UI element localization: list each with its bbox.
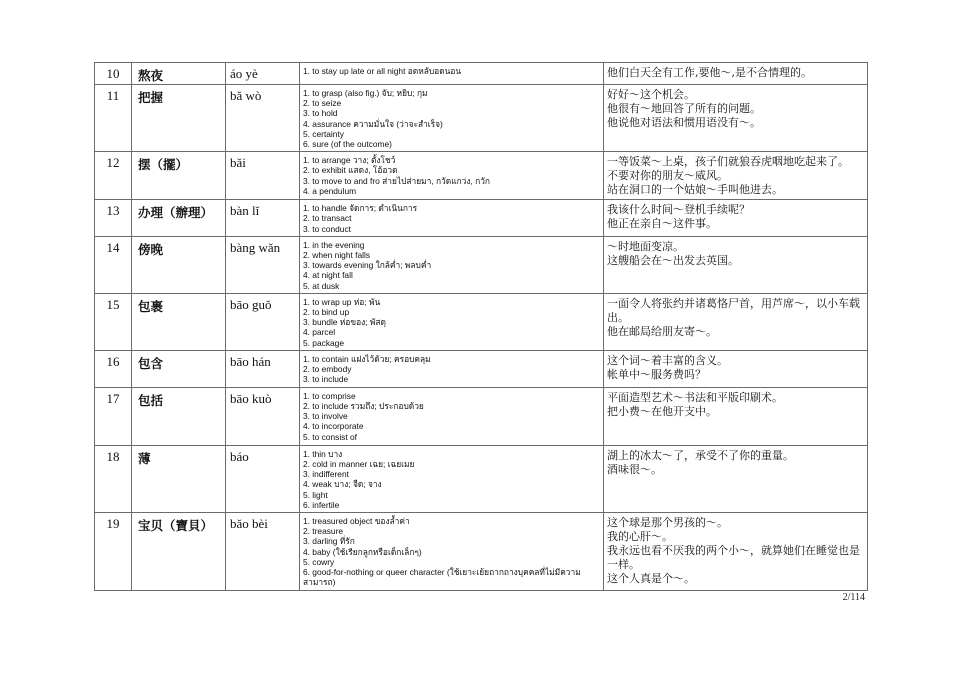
entry-examples: 这个球是那个男孩的～。我的心肝～。我永远也看不厌我的两个小～，就算她们在睡觉也是… — [604, 513, 868, 590]
entry-definitions: 1. to handle จัดการ; ดำเนินการ2. to tran… — [300, 200, 604, 237]
definition-line: 2. treasure — [303, 526, 599, 536]
definition-line: 4. to incorporate — [303, 421, 599, 431]
definition-line: 5. light — [303, 490, 599, 500]
entry-pinyin: bǎi — [226, 152, 300, 200]
entry-examples: 好好～这个机会。他很有～地回答了所有的问题。他说他对语法和惯用语没有～。 — [604, 85, 868, 152]
document-page: 10 熬夜 áo yè 1. to stay up late or all ni… — [0, 0, 960, 679]
entry-number: 18 — [95, 445, 132, 512]
definition-line: 3. to involve — [303, 411, 599, 421]
definition-line: 2. to bind up — [303, 307, 599, 317]
entry-word: 摆（擺） — [132, 152, 226, 200]
page-number: 2/114 — [843, 592, 865, 603]
example-sentence: 一等饭菜～上桌，孩子们就狼吞虎咽地吃起来了。 — [607, 155, 863, 169]
entry-word: 傍晚 — [132, 236, 226, 293]
definition-line: 3. to hold — [303, 108, 599, 118]
entry-definitions: 1. to wrap up ห่อ; พัน2. to bind up3. bu… — [300, 293, 604, 350]
definition-line: 1. to stay up late or all night อดหลับอด… — [303, 66, 599, 76]
example-sentence: 把小费～在他开支中。 — [607, 405, 863, 419]
example-sentence: 好好～这个机会。 — [607, 88, 863, 102]
entry-definitions: 1. to arrange วาง; ตั้งโชว์2. to exhibit… — [300, 152, 604, 200]
example-sentence: 湖上的冰太～了，承受不了你的重量。 — [607, 449, 863, 463]
entry-definitions: 1. to grasp (also fig.) จับ; หยิบ; กุม2.… — [300, 85, 604, 152]
entry-number: 16 — [95, 350, 132, 387]
entry-number: 17 — [95, 387, 132, 445]
entry-word: 把握 — [132, 85, 226, 152]
definition-line: 5. to consist of — [303, 432, 599, 442]
entry-examples: 这个词～着丰富的含义。帐单中～服务费吗？ — [604, 350, 868, 387]
definition-line: 3. to move to and fro ส่ายไปส่ายมา, กวัด… — [303, 176, 599, 186]
table-row: 13 办理（辦理） bàn lǐ 1. to handle จัดการ; ดำ… — [95, 200, 868, 237]
entry-number: 12 — [95, 152, 132, 200]
example-sentence: 站在洞口的一个姑娘～手叫他进去。 — [607, 183, 863, 197]
example-sentence: 他正在亲自～这件事。 — [607, 217, 863, 231]
definition-line: 5. certainty — [303, 129, 599, 139]
definition-line: 1. to comprise — [303, 391, 599, 401]
entry-word: 办理（辦理） — [132, 200, 226, 237]
example-sentence: 他很有～地回答了所有的问题。 — [607, 102, 863, 116]
definition-line: 1. in the evening — [303, 240, 599, 250]
table-row: 16 包含 bāo hán 1. to contain แฝงไว้ด้วย; … — [95, 350, 868, 387]
definition-line: 2. to embody — [303, 364, 599, 374]
definition-line: 2. to seize — [303, 98, 599, 108]
definition-line: 1. thin บาง — [303, 449, 599, 459]
definition-line: 2. to include รวมถึง; ประกอบด้วย — [303, 401, 599, 411]
definition-line: 6. sure (of the outcome) — [303, 139, 599, 149]
entry-number: 13 — [95, 200, 132, 237]
definition-line: 1. treasured object ของล้ำค่า — [303, 516, 599, 526]
entry-pinyin: bāo hán — [226, 350, 300, 387]
definition-line: 4. weak บาง; จืด; จาง — [303, 479, 599, 489]
entry-examples: 一等饭菜～上桌，孩子们就狼吞虎咽地吃起来了。不要对你的朋友～威风。站在洞口的一个… — [604, 152, 868, 200]
table-row: 19 宝贝（寶貝） bǎo bèi 1. treasured object ขอ… — [95, 513, 868, 590]
entry-pinyin: báo — [226, 445, 300, 512]
definition-line: 4. assurance ความมั่นใจ (ว่าจะสำเร็จ) — [303, 119, 599, 129]
definition-line: 3. towards evening ใกล้ค่ำ; พลบค่ำ — [303, 260, 599, 270]
entry-definitions: 1. treasured object ของล้ำค่า2. treasure… — [300, 513, 604, 590]
entry-number: 14 — [95, 236, 132, 293]
definition-line: 5. package — [303, 338, 599, 348]
entry-examples: ～时地面变凉。这艘船会在～出发去英国。 — [604, 236, 868, 293]
definition-line: 2. to transact — [303, 213, 599, 223]
definition-line: 1. to wrap up ห่อ; พัน — [303, 297, 599, 307]
definition-line: 2. to exhibit แสดง, โอ้อวด — [303, 165, 599, 175]
entry-definitions: 1. to stay up late or all night อดหลับอด… — [300, 63, 604, 85]
entry-word: 薄 — [132, 445, 226, 512]
entry-pinyin: bǎ wò — [226, 85, 300, 152]
definition-line: 2. when night falls — [303, 250, 599, 260]
entry-pinyin: bàn lǐ — [226, 200, 300, 237]
example-sentence: 他在邮局给朋友寄～。 — [607, 325, 863, 339]
entry-pinyin: bāo kuò — [226, 387, 300, 445]
table-row: 18 薄 báo 1. thin บาง2. cold in manner เฉ… — [95, 445, 868, 512]
entry-definitions: 1. in the evening2. when night falls3. t… — [300, 236, 604, 293]
entry-examples: 湖上的冰太～了，承受不了你的重量。酒味很～。 — [604, 445, 868, 512]
example-sentence: 一面令人将张约并诸葛恪尸首，用芦席～，以小车载出。 — [607, 297, 863, 325]
example-sentence: 帐单中～服务费吗？ — [607, 368, 863, 382]
entry-number: 15 — [95, 293, 132, 350]
example-sentence: 平面造型艺术～书法和平版印刷术。 — [607, 391, 863, 405]
entry-pinyin: bàng wǎn — [226, 236, 300, 293]
entry-examples: 我该什么时间～登机手续呢？他正在亲自～这件事。 — [604, 200, 868, 237]
table-row: 10 熬夜 áo yè 1. to stay up late or all ni… — [95, 63, 868, 85]
entry-number: 10 — [95, 63, 132, 85]
definition-line: 1. to contain แฝงไว้ด้วย; ครอบคลุม — [303, 354, 599, 364]
entry-number: 11 — [95, 85, 132, 152]
example-sentence: ～时地面变凉。 — [607, 240, 863, 254]
definition-line: 4. at night fall — [303, 270, 599, 280]
entry-pinyin: bāo guǒ — [226, 293, 300, 350]
example-sentence: 我的心肝～。 — [607, 530, 863, 544]
entry-definitions: 1. thin บาง2. cold in manner เฉย; เฉยเมย… — [300, 445, 604, 512]
entry-number: 19 — [95, 513, 132, 590]
example-sentence: 这个球是那个男孩的～。 — [607, 516, 863, 530]
table-row: 11 把握 bǎ wò 1. to grasp (also fig.) จับ;… — [95, 85, 868, 152]
example-sentence: 我永远也看不厌我的两个小～，就算她们在睡觉也是一样。 — [607, 544, 863, 572]
example-sentence: 我该什么时间～登机手续呢？ — [607, 203, 863, 217]
entry-examples: 一面令人将张约并诸葛恪尸首，用芦席～，以小车载出。他在邮局给朋友寄～。 — [604, 293, 868, 350]
definition-line: 4. a pendulum — [303, 186, 599, 196]
entry-examples: 平面造型艺术～书法和平版印刷术。把小费～在他开支中。 — [604, 387, 868, 445]
definition-line: 4. baby (ใช้เรียกลูกหรือเด็กเล็กๆ) — [303, 547, 599, 557]
definition-line: 2. cold in manner เฉย; เฉยเมย — [303, 459, 599, 469]
definition-line: 3. darling ที่รัก — [303, 536, 599, 546]
table-row: 14 傍晚 bàng wǎn 1. in the evening2. when … — [95, 236, 868, 293]
definition-line: 3. to conduct — [303, 224, 599, 234]
entry-definitions: 1. to comprise2. to include รวมถึง; ประก… — [300, 387, 604, 445]
entry-word: 包含 — [132, 350, 226, 387]
example-sentence: 这艘船会在～出发去英国。 — [607, 254, 863, 268]
definition-line: 5. cowry — [303, 557, 599, 567]
vocabulary-table-body: 10 熬夜 áo yè 1. to stay up late or all ni… — [95, 63, 868, 591]
vocabulary-table: 10 熬夜 áo yè 1. to stay up late or all ni… — [94, 62, 868, 591]
definition-line: 3. bundle ห่อของ; พัสดุ — [303, 317, 599, 327]
example-sentence: 不要对你的朋友～威风。 — [607, 169, 863, 183]
table-row: 17 包括 bāo kuò 1. to comprise2. to includ… — [95, 387, 868, 445]
entry-word: 包裹 — [132, 293, 226, 350]
example-sentence: 他说他对语法和惯用语没有～。 — [607, 116, 863, 130]
definition-line: 5. at dusk — [303, 281, 599, 291]
definition-line: 1. to arrange วาง; ตั้งโชว์ — [303, 155, 599, 165]
definition-line: 6. good-for-nothing or queer character (… — [303, 567, 599, 587]
definition-line: 1. to grasp (also fig.) จับ; หยิบ; กุม — [303, 88, 599, 98]
entry-examples: 他们白天全有工作,要他～,是不合情理的。 — [604, 63, 868, 85]
entry-definitions: 1. to contain แฝงไว้ด้วย; ครอบคลุม2. to … — [300, 350, 604, 387]
example-sentence: 酒味很～。 — [607, 463, 863, 477]
entry-word: 包括 — [132, 387, 226, 445]
entry-pinyin: bǎo bèi — [226, 513, 300, 590]
entry-word: 熬夜 — [132, 63, 226, 85]
table-row: 12 摆（擺） bǎi 1. to arrange วาง; ตั้งโชว์2… — [95, 152, 868, 200]
table-row: 15 包裹 bāo guǒ 1. to wrap up ห่อ; พัน2. t… — [95, 293, 868, 350]
definition-line: 3. indifferent — [303, 469, 599, 479]
entry-pinyin: áo yè — [226, 63, 300, 85]
example-sentence: 这个人真是个～。 — [607, 572, 863, 586]
example-sentence: 这个词～着丰富的含义。 — [607, 354, 863, 368]
definition-line: 6. infertile — [303, 500, 599, 510]
definition-line: 4. parcel — [303, 327, 599, 337]
definition-line: 3. to include — [303, 374, 599, 384]
definition-line: 1. to handle จัดการ; ดำเนินการ — [303, 203, 599, 213]
entry-word: 宝贝（寶貝） — [132, 513, 226, 590]
example-sentence: 他们白天全有工作,要他～,是不合情理的。 — [607, 66, 863, 80]
